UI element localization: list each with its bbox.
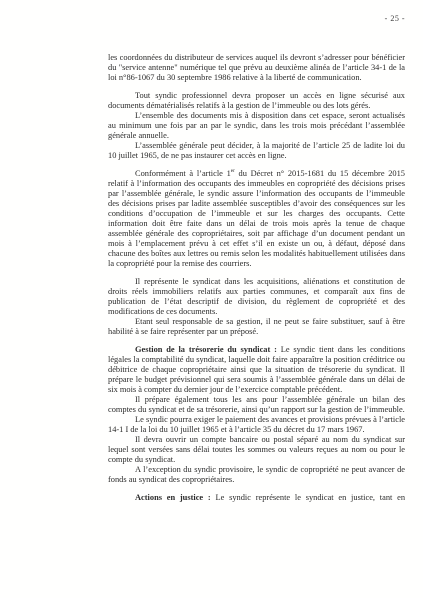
paragraph-avances-provisions: Le syndic pourra exiger le paiement des … bbox=[108, 415, 405, 435]
document-page: - 25 - les coordonnées du distributeur d… bbox=[0, 0, 423, 598]
paragraph-actions-en-justice: Actions en justice : Le syndic représent… bbox=[108, 493, 405, 503]
paragraph-information-occupants: Conformément à l’article 1er du Décret n… bbox=[108, 169, 405, 269]
paragraph-actualisation-documents: L’ensemble des documents mis à dispositi… bbox=[108, 111, 405, 141]
paragraph-representation-syndicat: Il représente le syndicat dans les acqui… bbox=[108, 277, 405, 317]
paragraph-responsabilite-gestion: Etant seul responsable de sa gestion, il… bbox=[108, 317, 405, 337]
paragraph-compte-separe: Il devra ouvrir un compte bancaire ou po… bbox=[108, 435, 405, 465]
paragraph-bilan-comptes: Il prépare également tous les ans pour l… bbox=[108, 395, 405, 415]
page-number: - 25 - bbox=[108, 14, 405, 23]
text-block: les coordonnées du distributeur de servi… bbox=[108, 53, 405, 503]
paragraph-gestion-tresorerie: Gestion de la trésorerie du syndicat : L… bbox=[108, 345, 405, 395]
paragraph-service-antenne: les coordonnées du distributeur de servi… bbox=[108, 53, 405, 83]
paragraph-syndic-provisoire: A l’exception du syndic provisoire, le s… bbox=[108, 465, 405, 485]
paragraph-acces-en-ligne: Tout syndic professionnel devra proposer… bbox=[108, 91, 405, 111]
paragraph-decision-assemblee: L’assemblée générale peut décider, à la … bbox=[108, 141, 405, 161]
